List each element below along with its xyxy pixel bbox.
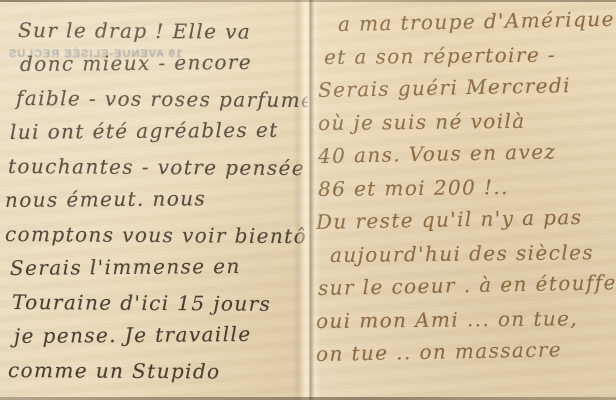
letter-left-page: 19 Avenue-Elisée Reclus Sur le drap ! El… bbox=[0, 0, 308, 400]
handwriting-line: touchantes - votre pensée bbox=[8, 149, 308, 185]
handwriting-line: comptons vous voir bientôt bbox=[5, 217, 308, 253]
handwriting-line: Touraine d'ici 15 jours bbox=[12, 285, 308, 321]
letter-right-page: a ma troupe d'Amérique et a son répertoi… bbox=[308, 0, 616, 400]
handwriting-line: comme un Stupido bbox=[8, 353, 308, 389]
handwriting-line: Serais guéri Mercredi bbox=[318, 68, 616, 107]
handwriting-line: Sur le drap ! Elle va bbox=[18, 13, 308, 49]
handwriting-line: on tue .. on massacre bbox=[316, 332, 616, 371]
handwriting-line: nous émeut. nous bbox=[5, 180, 308, 217]
handwriting-line: Du reste qu'il n'y a pas bbox=[316, 200, 616, 239]
handwriting-line: 40 ans. Vous en avez bbox=[318, 134, 616, 173]
handwriting-line: Serais l'immense en bbox=[10, 248, 308, 285]
handwriting-line: donc mieux - encore bbox=[20, 44, 308, 81]
handwriting-line: sur le coeur . à en étouffer bbox=[318, 266, 616, 305]
handwriting-line: je pense. Je travaille bbox=[14, 316, 308, 353]
letter-photo: 19 Avenue-Elisée Reclus Sur le drap ! El… bbox=[0, 0, 616, 400]
handwriting-line: a ma troupe d'Amérique bbox=[338, 3, 616, 41]
handwriting-line: faible - vos roses parfumées bbox=[16, 81, 308, 117]
handwriting-line: lui ont été agréables et bbox=[10, 112, 308, 149]
